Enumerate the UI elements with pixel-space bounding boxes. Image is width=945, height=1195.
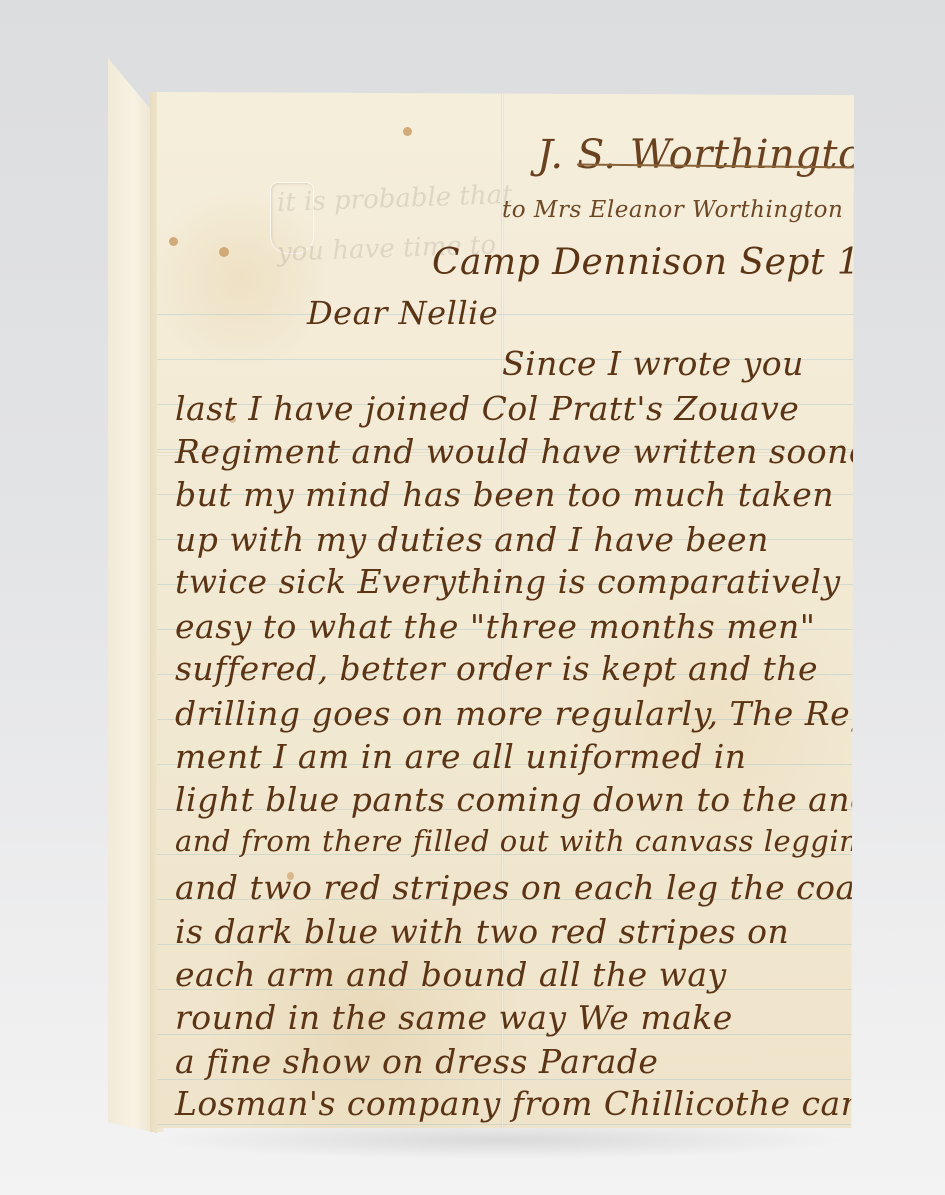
letter-line: is dark blue with two red stripes on [175, 912, 789, 951]
letter-line: easy to what the "three months men" [175, 607, 815, 646]
letter-line: up with my duties and I have been [175, 520, 769, 559]
letter-line: ment I am in are all uniformed in [175, 737, 747, 776]
letter-author: J. S. Worthington [537, 132, 889, 178]
foxing-spot [219, 247, 229, 257]
letter-sheet: it is probable that you have time to J. … [157, 92, 854, 1128]
foxing-spot [403, 127, 412, 136]
letter-line: but my mind has been too much taken [175, 475, 834, 514]
letter-line: and two red stripes on each leg the coat [175, 868, 870, 907]
letter-line: and from there filled out with canvass l… [175, 824, 893, 858]
letter-line: Since I wrote you [502, 344, 804, 383]
letter-line: each arm and bound all the way [175, 955, 727, 994]
letter-line: drilling goes on more regularly, The Reg… [175, 694, 894, 733]
letter-line: last I have joined Col Pratt's Zouave [175, 389, 799, 428]
letter-line: Losman's company from Chillicothe came [175, 1084, 892, 1123]
letter-place-date: Camp Dennison Sept 11th 61 [432, 242, 945, 283]
letter-salutation: Dear Nellie [307, 294, 498, 332]
letter-line: suffered, better order is kept and the [175, 649, 818, 688]
foxing-spot [169, 237, 178, 246]
letter-line: twice sick Everything is comparatively [175, 562, 841, 601]
letter-line: round in the same way We make [175, 998, 733, 1037]
letter-line: light blue pants coming down to the ancl… [175, 780, 918, 819]
letter-recipient: to Mrs Eleanor Worthington [502, 197, 843, 223]
photo-scene: it is probable that you have time to J. … [0, 0, 945, 1195]
letter-line: a fine show on dress Parade [175, 1042, 658, 1081]
letter-line: Regiment and would have written sooner [175, 432, 885, 471]
